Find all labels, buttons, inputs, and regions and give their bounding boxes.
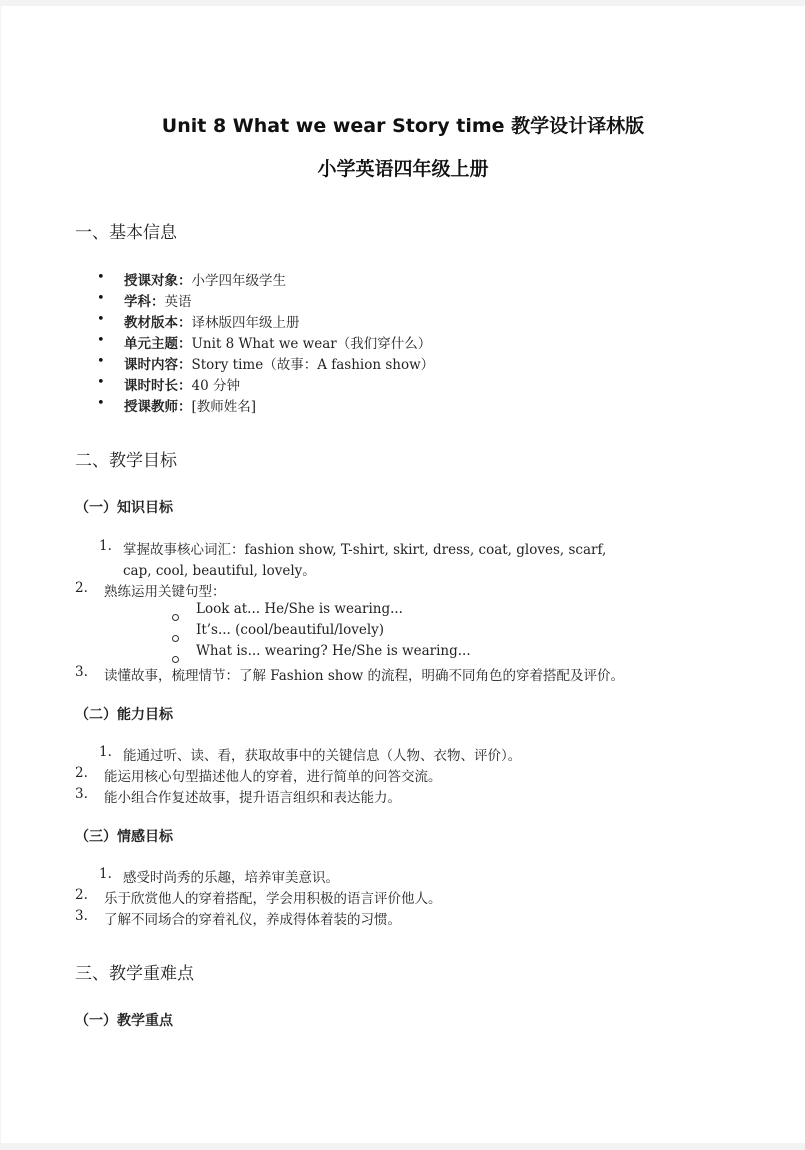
info-value: [教师姓名] bbox=[192, 399, 257, 415]
info-value: 40 分钟 bbox=[192, 378, 240, 394]
list-item-text: 了解不同场合的穿着礼仪，养成得体着装的习惯。 bbox=[104, 908, 401, 928]
document-page: Unit 8 What we wear Story time 教学设计译林版 小… bbox=[1, 6, 805, 1143]
list-number: 1. bbox=[99, 538, 112, 554]
subsection-heading-emotion: （三）情感目标 bbox=[75, 826, 173, 846]
list-item: • 单元主题：Unit 8 What we wear（我们穿什么） bbox=[97, 332, 105, 348]
section-heading-basic-info: 一、基本信息 bbox=[75, 218, 177, 243]
list-item: • 授课教师：[教师姓名] bbox=[97, 395, 105, 411]
info-label: 单元主题： bbox=[124, 336, 192, 352]
info-label: 教材版本： bbox=[124, 315, 192, 331]
list-item-text: 能通过听、读、看，获取故事中的关键信息（人物、衣物、评价）。 bbox=[123, 744, 521, 764]
list-number: 1. bbox=[99, 744, 112, 760]
bullet-icon: • bbox=[97, 396, 105, 411]
document-title: Unit 8 What we wear Story time 教学设计译林版 bbox=[1, 111, 805, 138]
bullet-icon: • bbox=[97, 354, 105, 369]
list-item-text: 能运用核心句型描述他人的穿着，进行简单的问答交流。 bbox=[104, 765, 442, 785]
list-item-text: 感受时尚秀的乐趣，培养审美意识。 bbox=[123, 866, 339, 886]
list-number: 2. bbox=[75, 765, 88, 781]
bullet-icon: • bbox=[97, 312, 105, 327]
info-value: 小学四年级学生 bbox=[192, 273, 287, 289]
info-label: 课时内容： bbox=[124, 357, 192, 373]
subsection-heading-ability: （二）能力目标 bbox=[75, 704, 173, 724]
circle-bullet-icon bbox=[172, 627, 179, 646]
bullet-icon: • bbox=[97, 375, 105, 390]
list-item: • 授课对象：小学四年级学生 bbox=[97, 269, 105, 285]
sentence-pattern: What is... wearing? He/She is wearing... bbox=[196, 643, 471, 659]
list-number: 2. bbox=[75, 580, 88, 596]
bullet-icon: • bbox=[97, 270, 105, 285]
list-number: 3. bbox=[75, 664, 88, 680]
list-item: • 学科：英语 bbox=[97, 290, 105, 306]
bullet-icon: • bbox=[97, 333, 105, 348]
document-subtitle: 小学英语四年级上册 bbox=[1, 154, 805, 181]
section-heading-teaching-goals: 二、教学目标 bbox=[75, 446, 177, 471]
list-item-text: 乐于欣赏他人的穿着搭配，学会用积极的语言评价他人。 bbox=[104, 887, 442, 907]
info-label: 授课对象： bbox=[124, 273, 192, 289]
info-value: Unit 8 What we wear（我们穿什么） bbox=[192, 336, 432, 352]
list-item: • 课时内容：Story time（故事：A fashion show） bbox=[97, 353, 105, 369]
list-number: 3. bbox=[75, 786, 88, 802]
subsection-heading-key-points: （一）教学重点 bbox=[75, 1010, 173, 1030]
list-item-text: cap, cool, beautiful, lovely。 bbox=[123, 559, 316, 579]
list-item-text: 读懂故事，梳理情节：了解 Fashion show 的流程，明确不同角色的穿着搭… bbox=[104, 664, 624, 684]
info-label: 授课教师： bbox=[124, 399, 192, 415]
list-number: 2. bbox=[75, 887, 88, 903]
bullet-icon: • bbox=[97, 291, 105, 306]
info-value: 译林版四年级上册 bbox=[192, 315, 300, 331]
info-label: 课时时长： bbox=[124, 378, 192, 394]
list-item-text: 能小组合作复述故事，提升语言组织和表达能力。 bbox=[104, 786, 401, 806]
sentence-pattern: Look at... He/She is wearing... bbox=[196, 601, 403, 617]
circle-bullet-icon bbox=[172, 606, 179, 625]
info-value: 英语 bbox=[165, 294, 192, 310]
section-heading-key-difficult-points: 三、教学重难点 bbox=[75, 959, 194, 984]
list-item-text: 掌握故事核心词汇：fashion show, T-shirt, skirt, d… bbox=[123, 538, 606, 558]
subsection-heading-knowledge: （一）知识目标 bbox=[75, 497, 173, 517]
info-label: 学科： bbox=[124, 294, 165, 310]
info-value: Story time（故事：A fashion show） bbox=[192, 357, 435, 373]
list-number: 3. bbox=[75, 908, 88, 924]
list-item-text: 熟练运用关键句型： bbox=[104, 580, 226, 600]
list-number: 1. bbox=[99, 866, 112, 882]
sentence-pattern: It’s... (cool/beautiful/lovely) bbox=[196, 622, 384, 638]
list-item: • 教材版本：译林版四年级上册 bbox=[97, 311, 105, 327]
list-item: • 课时时长：40 分钟 bbox=[97, 374, 105, 390]
